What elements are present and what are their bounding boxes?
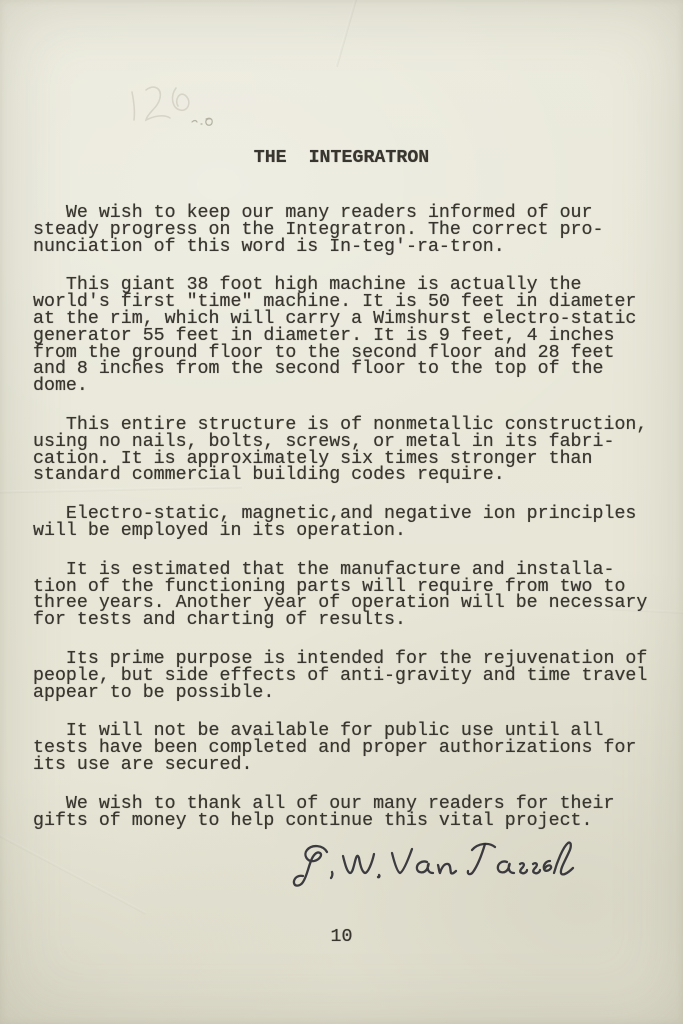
paragraph-4: Electro-static, magnetic,and negative io… bbox=[33, 506, 653, 540]
pencil-marks bbox=[118, 74, 238, 136]
page-number: 10 bbox=[0, 928, 683, 946]
document-title: THE INTEGRATRON bbox=[0, 149, 683, 167]
paragraph-1: We wish to keep our many readers informe… bbox=[33, 205, 653, 255]
paragraph-8: We wish to thank all of our many readers… bbox=[33, 796, 653, 830]
paragraph-2: This giant 38 foot high machine is actua… bbox=[33, 277, 653, 395]
paragraph-3: This entire structure is of nonmetallic … bbox=[33, 417, 653, 484]
document-body: We wish to keep our many readers informe… bbox=[33, 205, 653, 851]
paragraph-6: Its prime purpose is intended for the re… bbox=[33, 651, 653, 701]
signature bbox=[286, 834, 576, 904]
paragraph-5: It is estimated that the manufacture and… bbox=[33, 562, 653, 629]
scanned-letter-page: { "document": { "title": "THE INTEGRATRO… bbox=[0, 0, 683, 1024]
paragraph-7: It will not be available for public use … bbox=[33, 723, 653, 773]
crease-top bbox=[335, 0, 358, 67]
